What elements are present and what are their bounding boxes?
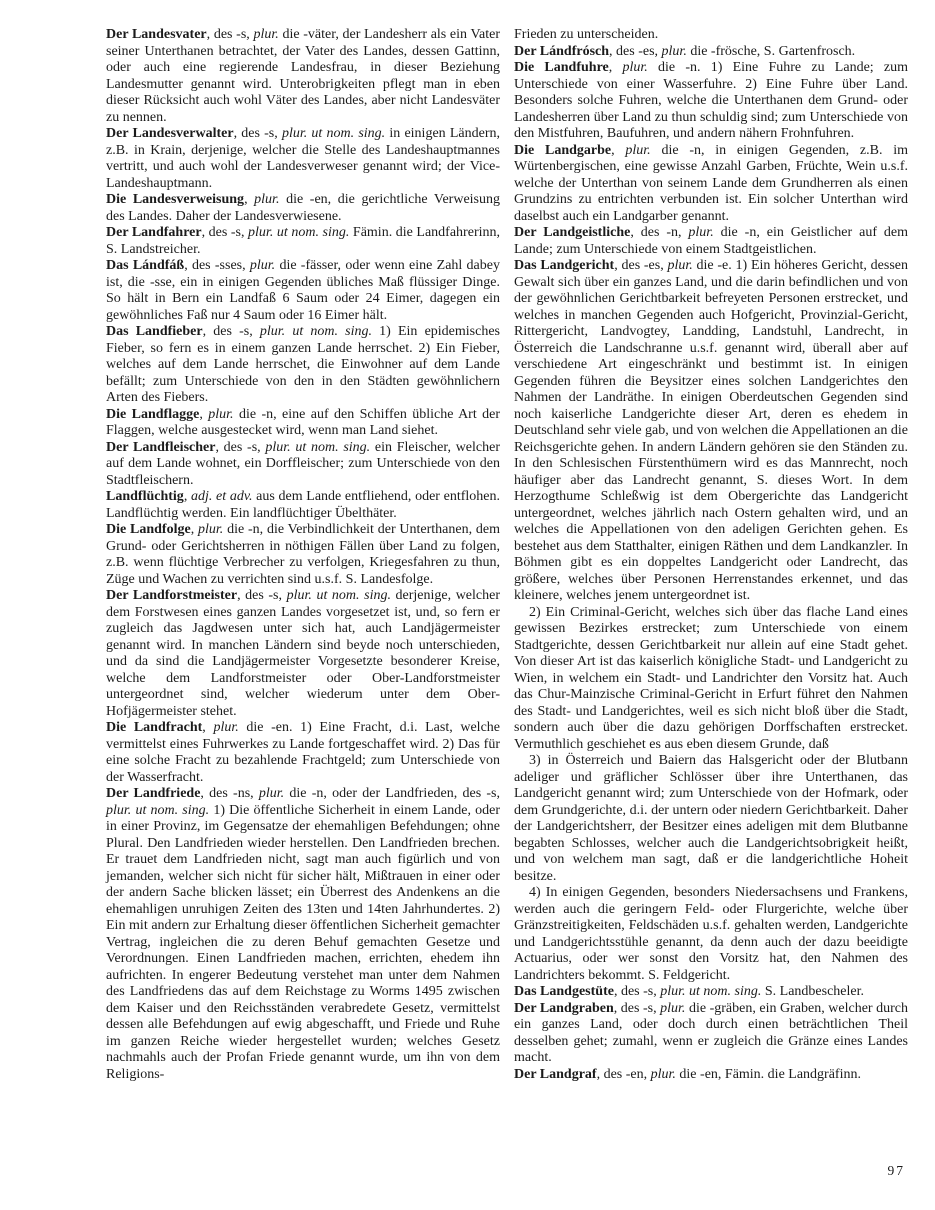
- entry-landgericht-sense-3: 3) in Österreich und Baiern das Halsgeri…: [514, 753, 908, 885]
- entry-landforstmeister: Der Landforstmeister, des -s, plur. ut n…: [106, 588, 500, 720]
- entry-landgestuete: Das Landgestüte, des -s, plur. ut nom. s…: [514, 984, 908, 1001]
- entry-landesverwalter: Der Landesverwalter, des -s, plur. ut no…: [106, 126, 500, 192]
- entry-landgarbe: Die Landgarbe, plur. die -n, in einigen …: [514, 143, 908, 226]
- entry-landfahrer: Der Landfahrer, des -s, plur. ut nom. si…: [106, 225, 500, 258]
- entry-landfleischer: Der Landfleischer, des -s, plur. ut nom.…: [106, 440, 500, 490]
- entry-landfolge: Die Landfolge, plur. die -n, die Verbind…: [106, 522, 500, 588]
- dictionary-page: Der Landesvater, des -s, plur. die -väte…: [0, 0, 935, 1210]
- entry-landgericht-sense-4: 4) In einigen Gegenden, besonders Nieder…: [514, 885, 908, 984]
- entry-landfass: Das Lándfáß, des -sses, plur. die -fässe…: [106, 258, 500, 324]
- left-column: Der Landesvater, des -s, plur. die -väte…: [106, 27, 500, 1083]
- entry-landesvater: Der Landesvater, des -s, plur. die -väte…: [106, 27, 500, 126]
- entry-landfrosch: Der Lándfrósch, des -es, plur. die -frös…: [514, 44, 908, 61]
- right-column: Frieden zu unterscheiden.Der Lándfrósch,…: [514, 27, 908, 1083]
- entry-landfracht: Die Landfracht, plur. die -en. 1) Eine F…: [106, 720, 500, 786]
- entry-landgraben: Der Landgraben, des -s, plur. die -gräbe…: [514, 1001, 908, 1067]
- text-columns: Der Landesvater, des -s, plur. die -väte…: [0, 0, 935, 1083]
- entry-landgeistliche: Der Landgeistliche, des -n, plur. die -n…: [514, 225, 908, 258]
- entry-landfriede: Der Landfriede, des -ns, plur. die -n, o…: [106, 786, 500, 1083]
- entry-landgraf: Der Landgraf, des -en, plur. die -en, Fä…: [514, 1067, 908, 1084]
- entry-landfluechtig: Landflüchtig, adj. et adv. aus dem Lande…: [106, 489, 500, 522]
- entry-landfuhre: Die Landfuhre, plur. die -n. 1) Eine Fuh…: [514, 60, 908, 143]
- entry-landgericht: Das Landgericht, des -es, plur. die -e. …: [514, 258, 908, 605]
- entry-landfieber: Das Landfieber, des -s, plur. ut nom. si…: [106, 324, 500, 407]
- entry-landesverweisung: Die Landesverweisung, plur. die -en, die…: [106, 192, 500, 225]
- page-number: 97: [888, 1163, 906, 1179]
- entry-landflagge: Die Landflagge, plur. die -n, eine auf d…: [106, 407, 500, 440]
- entry-landfriede-continuation: Frieden zu unterscheiden.: [514, 27, 908, 44]
- entry-landgericht-sense-2: 2) Ein Criminal-Gericht, welches sich üb…: [514, 605, 908, 754]
